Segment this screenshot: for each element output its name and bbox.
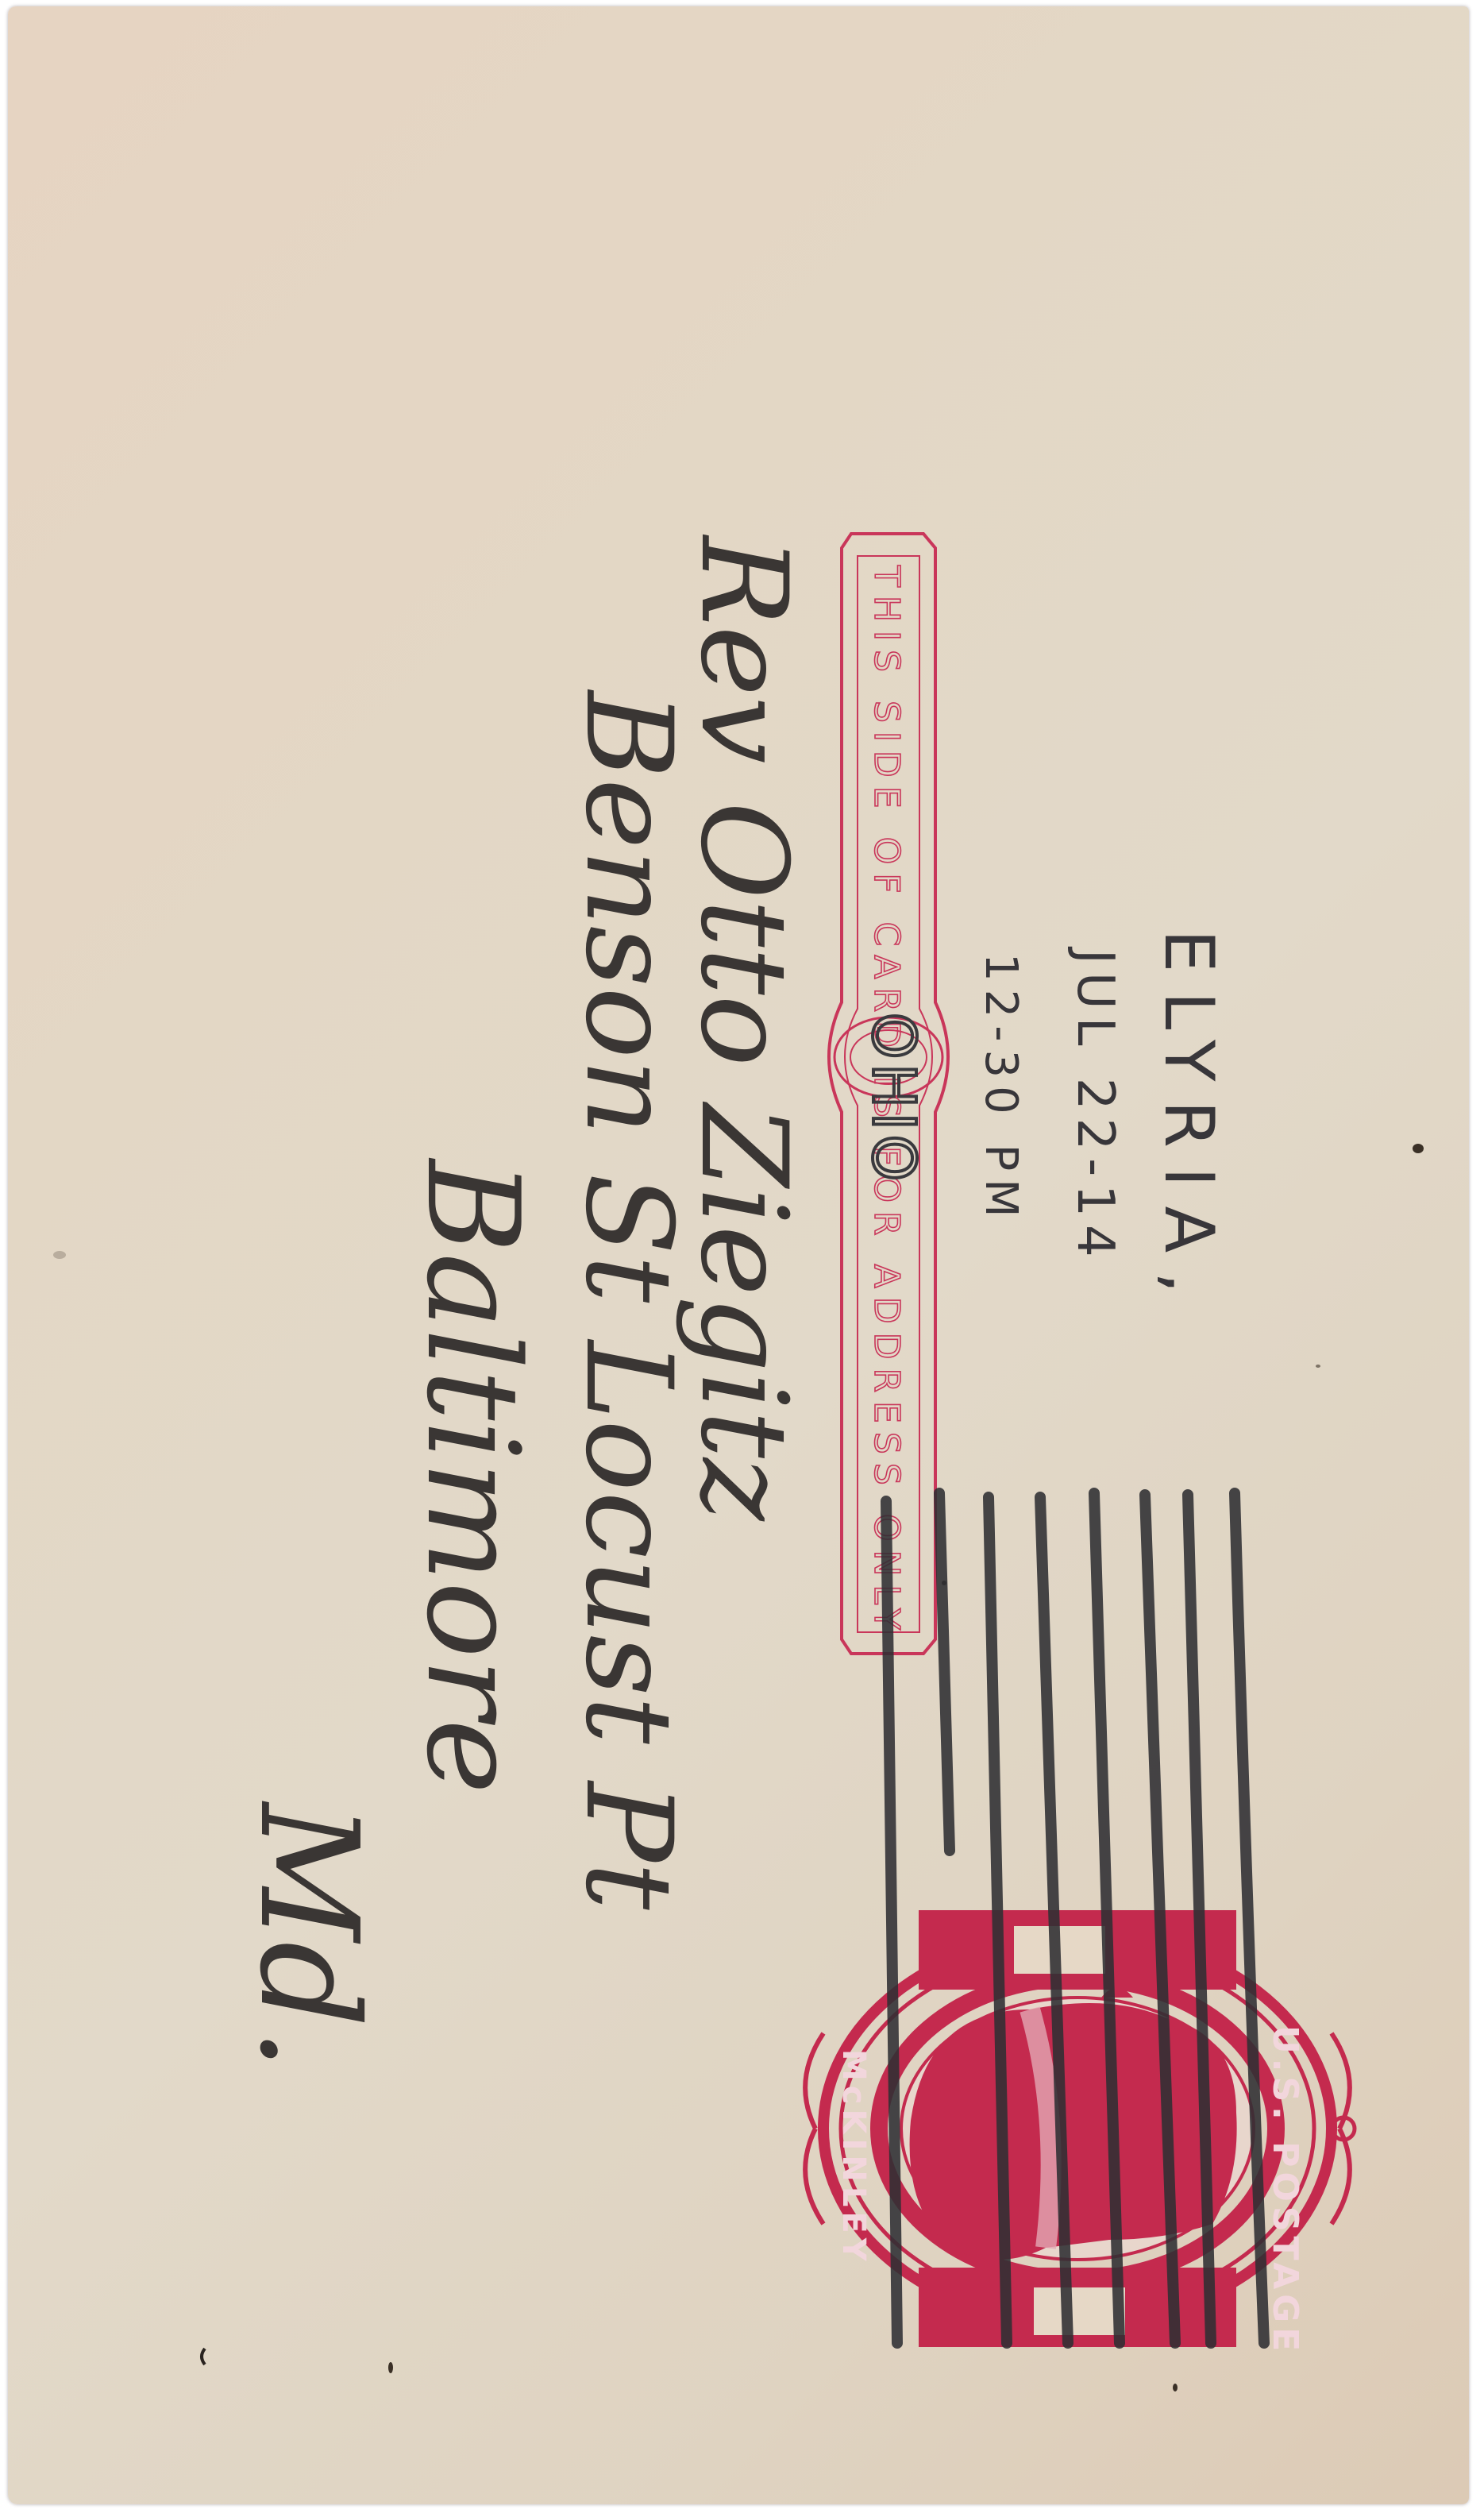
mckinley-portrait: [910, 1988, 1237, 2260]
postmark-city: ELYRIA,: [1149, 929, 1228, 1313]
postcard-face: THIS SIDE OF CARD IS FOR ADDRESS ONLY EL…: [0, 0, 1484, 2517]
postmark-time: 12-30 PM: [975, 953, 1027, 1226]
postmark: ELYRIA, JUL 22-14 12-30 PM OHIO: [859, 929, 1228, 1313]
stamp-name-text: McKINLEY: [835, 2049, 872, 2266]
stamp-denomination-top: 1: [0, 0, 1, 1]
stamp-denomination-bottom: 1: [0, 0, 1, 1]
stamp-top-text: U.S. POSTAGE: [1265, 2025, 1305, 2356]
address-line-3: Baltimore: [399, 1157, 547, 1794]
handwritten-address: Rev Otto Ziegitz Benson St Locust Pt Bal…: [229, 534, 812, 2071]
address-line-2: Benson St Locust Pt: [559, 689, 697, 1910]
postmark-state: OHIO: [859, 1013, 927, 1186]
postmark-date: JUL 22-14: [1066, 946, 1124, 1265]
address-line-4: Md.: [229, 1801, 387, 2071]
